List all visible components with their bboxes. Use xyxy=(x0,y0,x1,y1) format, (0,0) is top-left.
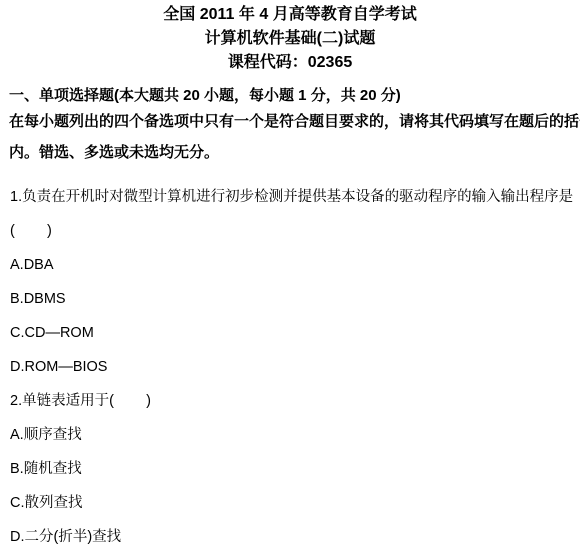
instruction-line: 内。错选、多选或未选均无分。 xyxy=(9,137,580,168)
exam-header: 全国 2011 年 4 月高等教育自学考试 计算机软件基础(二)试题 课程代码：… xyxy=(0,0,580,75)
exam-title: 全国 2011 年 4 月高等教育自学考试 xyxy=(0,3,580,27)
option-item: B.随机查找 xyxy=(10,452,580,486)
questions-area: 1.负责在开机时对微型计算机进行初步检测并提供基本设备的驱动程序的输入输出程序是… xyxy=(0,180,580,554)
section-heading: 一、单项选择题(本大题共 20 小题，每小题 1 分，共 20 分) xyxy=(9,86,580,106)
question-block-1: 1.负责在开机时对微型计算机进行初步检测并提供基本设备的驱动程序的输入输出程序是… xyxy=(0,180,580,384)
section-instructions: 在每小题列出的四个备选项中只有一个是符合题目要求的，请将其代码填写在题后的括号 … xyxy=(0,106,580,168)
exam-document-page: 全国 2011 年 4 月高等教育自学考试 计算机软件基础(二)试题 课程代码：… xyxy=(0,0,580,558)
answer-bracket: ( ) xyxy=(10,214,580,248)
option-item: C.散列查找 xyxy=(10,486,580,520)
instruction-line: 在每小题列出的四个备选项中只有一个是符合题目要求的，请将其代码填写在题后的括号 xyxy=(9,106,580,137)
option-item: B.DBMS xyxy=(10,282,580,316)
question-block-2: 2.单链表适用于( ) A.顺序查找 B.随机查找 C.散列查找 D.二分(折半… xyxy=(0,384,580,554)
option-item: A.顺序查找 xyxy=(10,418,580,452)
option-item: D.二分(折半)查找 xyxy=(10,520,580,554)
question-stem: 1.负责在开机时对微型计算机进行初步检测并提供基本设备的驱动程序的输入输出程序是 xyxy=(10,180,580,214)
option-item: A.DBA xyxy=(10,248,580,282)
course-code: 课程代码：02365 xyxy=(0,51,580,75)
exam-subtitle: 计算机软件基础(二)试题 xyxy=(0,27,580,51)
question-stem: 2.单链表适用于( ) xyxy=(10,384,580,418)
option-item: D.ROM—BIOS xyxy=(10,350,580,384)
option-item: C.CD—ROM xyxy=(10,316,580,350)
